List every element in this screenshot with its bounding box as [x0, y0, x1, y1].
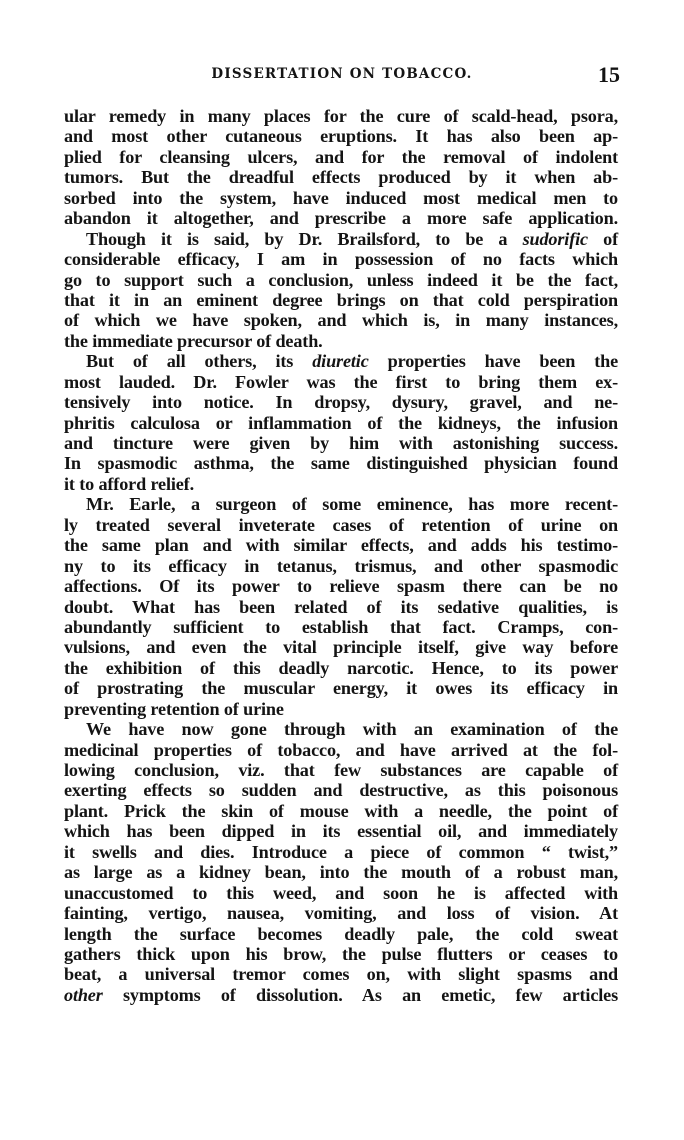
paragraph-1: ular remedy in many places for the cure …: [64, 106, 618, 229]
text-line: considerable efficacy, I am in possessio…: [64, 249, 618, 269]
text-line: But of all others, its diuretic properti…: [64, 351, 618, 371]
paragraph-4: Mr. Earle, a surgeon of some eminence, h…: [64, 494, 618, 719]
text-run: But of all others, its: [86, 351, 312, 371]
text-line: the same plan and with similar effects, …: [64, 535, 618, 555]
text-line: of prostrating the muscular energy, it o…: [64, 678, 618, 698]
text-line: Though it is said, by Dr. Brailsford, to…: [64, 229, 618, 249]
text-line: We have now gone through with an examina…: [64, 719, 618, 739]
text-line: tensively into notice. In dropsy, dysury…: [64, 392, 618, 412]
text-line: that it in an eminent degree brings on t…: [64, 290, 618, 310]
text-line: and most other cutaneous eruptions. It h…: [64, 126, 618, 146]
text-line: abandon it altogether, and prescribe a m…: [64, 208, 618, 228]
text-line: and tincture were given by him with asto…: [64, 433, 618, 453]
text-line: Mr. Earle, a surgeon of some eminence, h…: [64, 494, 618, 514]
text-line: ular remedy in many places for the cure …: [64, 106, 618, 126]
text-line: doubt. What has been related of its seda…: [64, 597, 618, 617]
text-line: vulsions, and even the vital principle i…: [64, 637, 618, 657]
text-line: length the surface becomes deadly pale, …: [64, 924, 618, 944]
text-line: phritis calculosa or inflammation of the…: [64, 413, 618, 433]
text-line: most lauded. Dr. Fowler was the first to…: [64, 372, 618, 392]
text-line: gathers thick upon his brow, the pulse f…: [64, 944, 618, 964]
text-line: as large as a kidney bean, into the mout…: [64, 862, 618, 882]
running-title: DISSERTATION ON TOBACCO.: [64, 66, 620, 82]
body-text: ular remedy in many places for the cure …: [64, 106, 618, 1005]
text-line: affections. Of its power to relieve spas…: [64, 576, 618, 596]
text-line: ly treated several inveterate cases of r…: [64, 515, 618, 535]
text-line: exerting effects so sudden and destructi…: [64, 780, 618, 800]
text-line: it to afford relief.: [64, 474, 618, 494]
running-head: DISSERTATION ON TOBACCO. 15: [64, 62, 620, 86]
text-line: unaccustomed to this weed, and soon he i…: [64, 883, 618, 903]
text-line: the immediate precursor of death.: [64, 331, 618, 351]
text-line: abundantly sufficient to establish that …: [64, 617, 618, 637]
text-line: which has been dipped in its essential o…: [64, 821, 618, 841]
paragraph-5: We have now gone through with an examina…: [64, 719, 618, 1005]
text-line: beat, a universal tremor comes on, with …: [64, 964, 618, 984]
text-line: fainting, vertigo, nausea, vomiting, and…: [64, 903, 618, 923]
text-line: preventing retention of urine: [64, 699, 618, 719]
text-line: of which we have spoken, and which is, i…: [64, 310, 618, 330]
italic-term: other: [64, 985, 103, 1005]
text-line: tumors. But the dreadful effects produce…: [64, 167, 618, 187]
text-run: symptoms of dissolution. As an emetic, f…: [103, 985, 618, 1005]
text-line: lowing conclusion, viz. that few substan…: [64, 760, 618, 780]
text-run: Though it is said, by Dr. Brailsford, to…: [86, 229, 523, 249]
text-line: it swells and dies. Introduce a piece of…: [64, 842, 618, 862]
text-run: properties have been the: [369, 351, 618, 371]
text-line: ny to its efficacy in tetanus, trismus, …: [64, 556, 618, 576]
text-line: sorbed into the system, have induced mos…: [64, 188, 618, 208]
text-run: of: [588, 229, 618, 249]
paragraph-3: But of all others, its diuretic properti…: [64, 351, 618, 494]
page-number: 15: [598, 62, 620, 88]
italic-term: diuretic: [312, 351, 368, 371]
text-line: the exhibition of this deadly narcotic. …: [64, 658, 618, 678]
book-page: DISSERTATION ON TOBACCO. 15 ular remedy …: [0, 0, 684, 1140]
text-line: other symptoms of dissolution. As an eme…: [64, 985, 618, 1005]
text-line: In spasmodic asthma, the same distinguis…: [64, 453, 618, 473]
text-line: plied for cleansing ulcers, and for the …: [64, 147, 618, 167]
paragraph-2: Though it is said, by Dr. Brailsford, to…: [64, 229, 618, 352]
italic-term: sudorific: [523, 229, 588, 249]
text-line: go to support such a conclusion, unless …: [64, 270, 618, 290]
text-line: plant. Prick the skin of mouse with a ne…: [64, 801, 618, 821]
text-line: medicinal properties of tobacco, and hav…: [64, 740, 618, 760]
